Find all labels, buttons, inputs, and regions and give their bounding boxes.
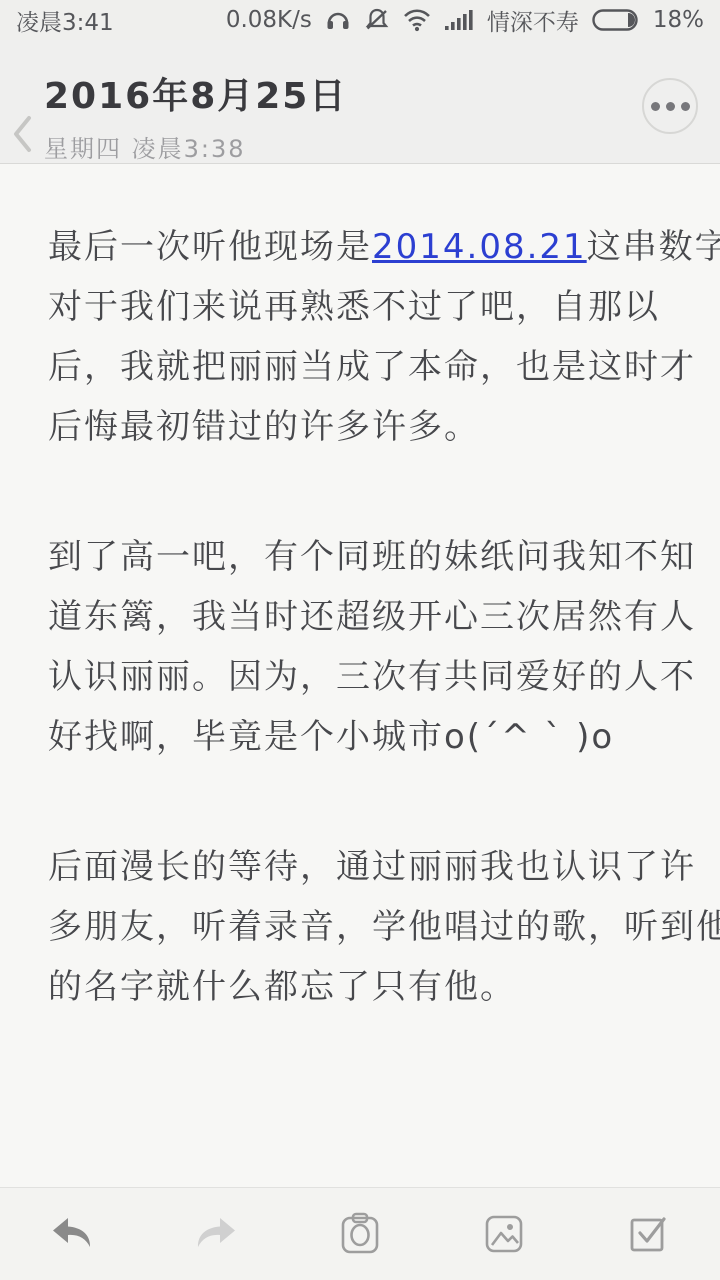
checklist-icon <box>625 1211 671 1257</box>
date-hyperlink[interactable]: 2014.08.21 <box>372 227 587 267</box>
status-bar: 凌晨3:41 0.08K/s <box>0 0 720 40</box>
edit-toolbar <box>0 1187 720 1280</box>
signal-icon <box>444 8 474 32</box>
note-line: 对于我们来说再熟悉不过了吧，自那以 <box>48 277 672 337</box>
image-icon <box>481 1211 527 1257</box>
camera-button[interactable] <box>288 1188 432 1280</box>
note-time-subtitle: 星期四 凌晨3:38 <box>44 129 347 164</box>
undo-icon <box>49 1214 95 1254</box>
note-line: 最后一次听他现场是2014.08.21这串数字 <box>48 217 672 277</box>
notes-app-screen: 凌晨3:41 0.08K/s <box>0 0 720 1280</box>
note-date-title: 2016年8月25日 <box>44 68 347 119</box>
undo-button[interactable] <box>0 1188 144 1280</box>
redo-icon <box>193 1214 239 1254</box>
mute-icon <box>364 7 390 33</box>
battery-percent: 18% <box>653 7 704 33</box>
note-line: 认识丽丽。因为，三次有共同爱好的人不 <box>48 647 672 707</box>
carrier-label: 情深不寿 <box>487 4 579 37</box>
redo-button[interactable] <box>144 1188 288 1280</box>
more-options-button[interactable] <box>642 78 698 134</box>
note-line: 后悔最初错过的许多许多。 <box>48 397 672 457</box>
camera-icon <box>337 1211 383 1257</box>
paragraph-3: 后面漫长的等待，通过丽丽我也认识了许 多朋友，听着录音，学他唱过的歌，听到他 的… <box>48 837 672 1017</box>
note-line: 好找啊，毕竟是个小城市o(´^ ` )o <box>48 707 672 767</box>
insert-image-button[interactable] <box>432 1188 576 1280</box>
note-line: 的名字就什么都忘了只有他。 <box>48 957 672 1017</box>
paragraph-1: 最后一次听他现场是2014.08.21这串数字 对于我们来说再熟悉不过了吧，自那… <box>48 217 672 457</box>
battery-icon <box>592 7 640 33</box>
network-speed: 0.08K/s <box>226 7 312 33</box>
note-line: 后，我就把丽丽当成了本命，也是这时才 <box>48 337 672 397</box>
ellipsis-icon <box>651 102 660 111</box>
note-header: 2016年8月25日 星期四 凌晨3:38 <box>0 40 720 164</box>
note-line: 到了高一吧，有个同班的妹纸问我知不知 <box>48 527 672 587</box>
note-line: 道东篱，我当时还超级开心三次居然有人 <box>48 587 672 647</box>
back-button[interactable] <box>8 112 36 156</box>
paragraph-2: 到了高一吧，有个同班的妹纸问我知不知 道东篱，我当时还超级开心三次居然有人 认识… <box>48 527 672 767</box>
checklist-button[interactable] <box>576 1188 720 1280</box>
note-line: 后面漫长的等待，通过丽丽我也认识了许 <box>48 837 672 897</box>
headset-icon <box>325 7 351 33</box>
status-time: 凌晨3:41 <box>16 4 114 37</box>
note-content-area[interactable]: 最后一次听他现场是2014.08.21这串数字 对于我们来说再熟悉不过了吧，自那… <box>0 165 720 1187</box>
note-line: 多朋友，听着录音，学他唱过的歌，听到他 <box>48 897 672 957</box>
wifi-icon <box>403 8 431 32</box>
